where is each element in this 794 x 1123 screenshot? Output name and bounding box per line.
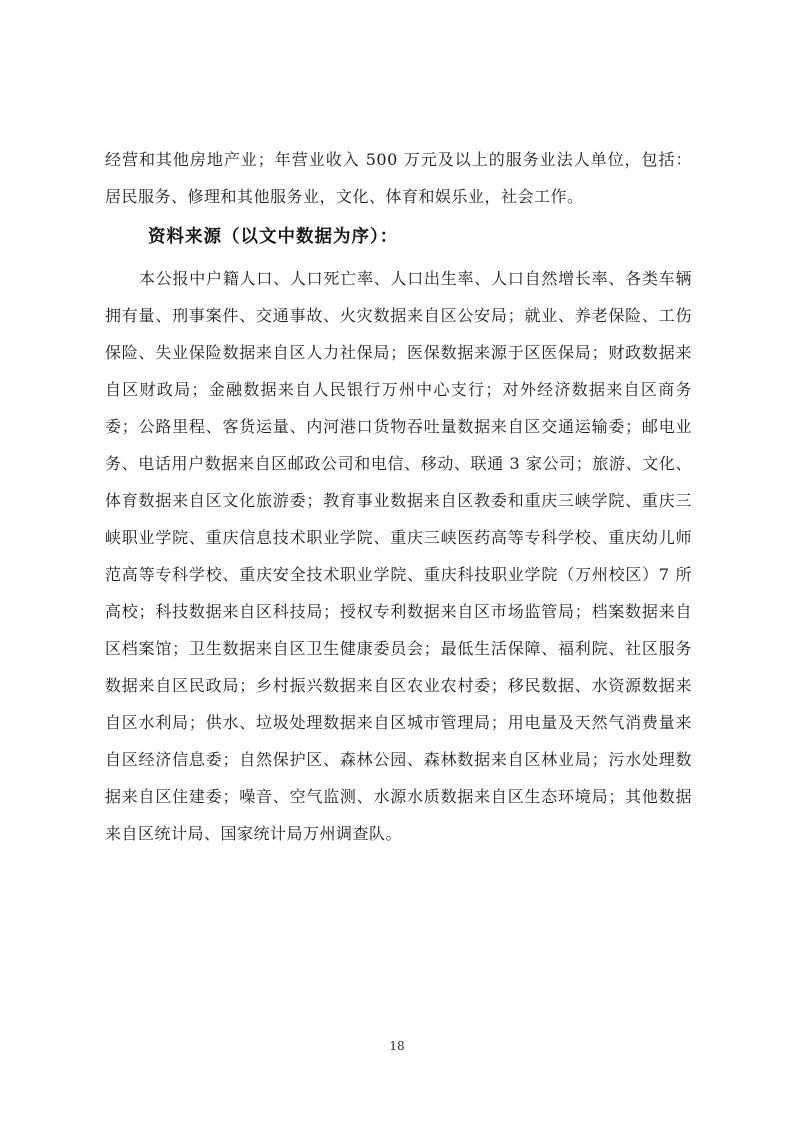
continuation-paragraph: 经营和其他房地产业；年营业收入 500 万元及以上的服务业法人单位，包括：居民服… xyxy=(105,141,692,215)
document-page: 经营和其他房地产业；年营业收入 500 万元及以上的服务业法人单位，包括：居民服… xyxy=(0,0,794,1123)
sources-heading: 资料来源（以文中数据为序）： xyxy=(105,216,692,258)
page-content: 经营和其他房地产业；年营业收入 500 万元及以上的服务业法人单位，包括：居民服… xyxy=(105,141,692,852)
sources-paragraph: 本公报中户籍人口、人口死亡率、人口出生率、人口自然增长率、各类车辆拥有量、刑事案… xyxy=(105,260,692,852)
page-number: 18 xyxy=(0,1038,794,1054)
